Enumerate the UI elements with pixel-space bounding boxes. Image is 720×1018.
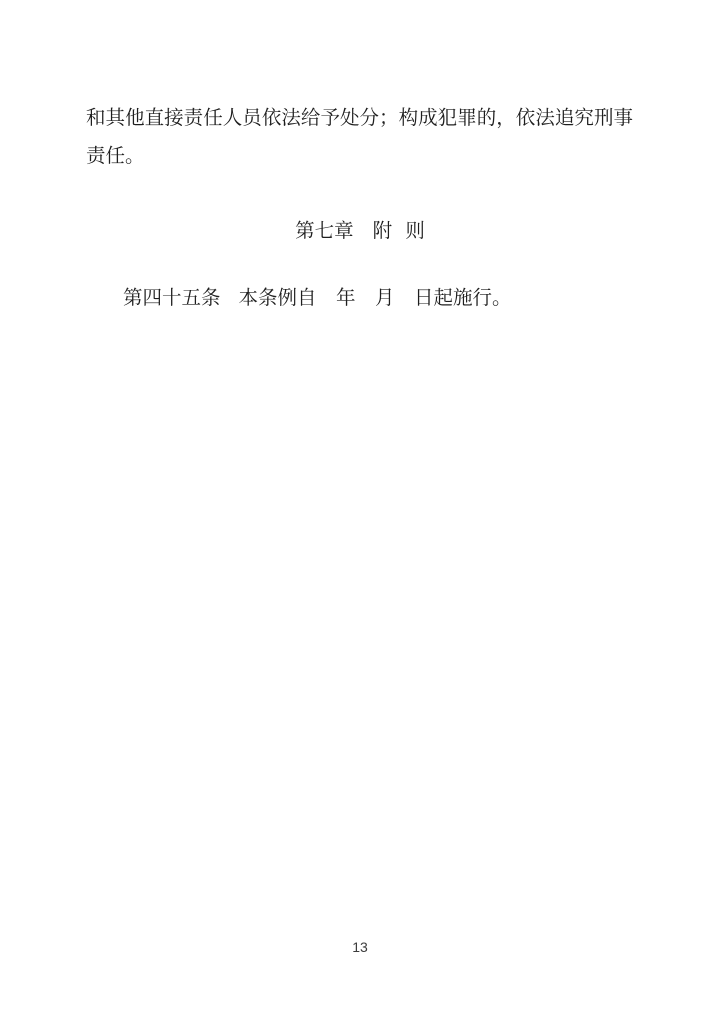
article-text: 本条例自 年 月 日起施行。 [239, 286, 512, 309]
page-number: 13 [0, 939, 720, 955]
article-number: 第四十五条 [123, 286, 221, 309]
article-paragraph: 第四十五条本条例自 年 月 日起施行。 [86, 279, 634, 317]
chapter-title: 附 则 [373, 219, 425, 242]
chapter-number: 第七章 [295, 219, 354, 242]
document-page: 和其他直接责任人员依法给予处分；构成犯罪的，依法追究刑事责任。 第七章附 则 第… [0, 0, 720, 1018]
chapter-heading: 第七章附 则 [86, 212, 634, 250]
body-paragraph: 和其他直接责任人员依法给予处分；构成犯罪的，依法追究刑事责任。 [86, 99, 633, 175]
